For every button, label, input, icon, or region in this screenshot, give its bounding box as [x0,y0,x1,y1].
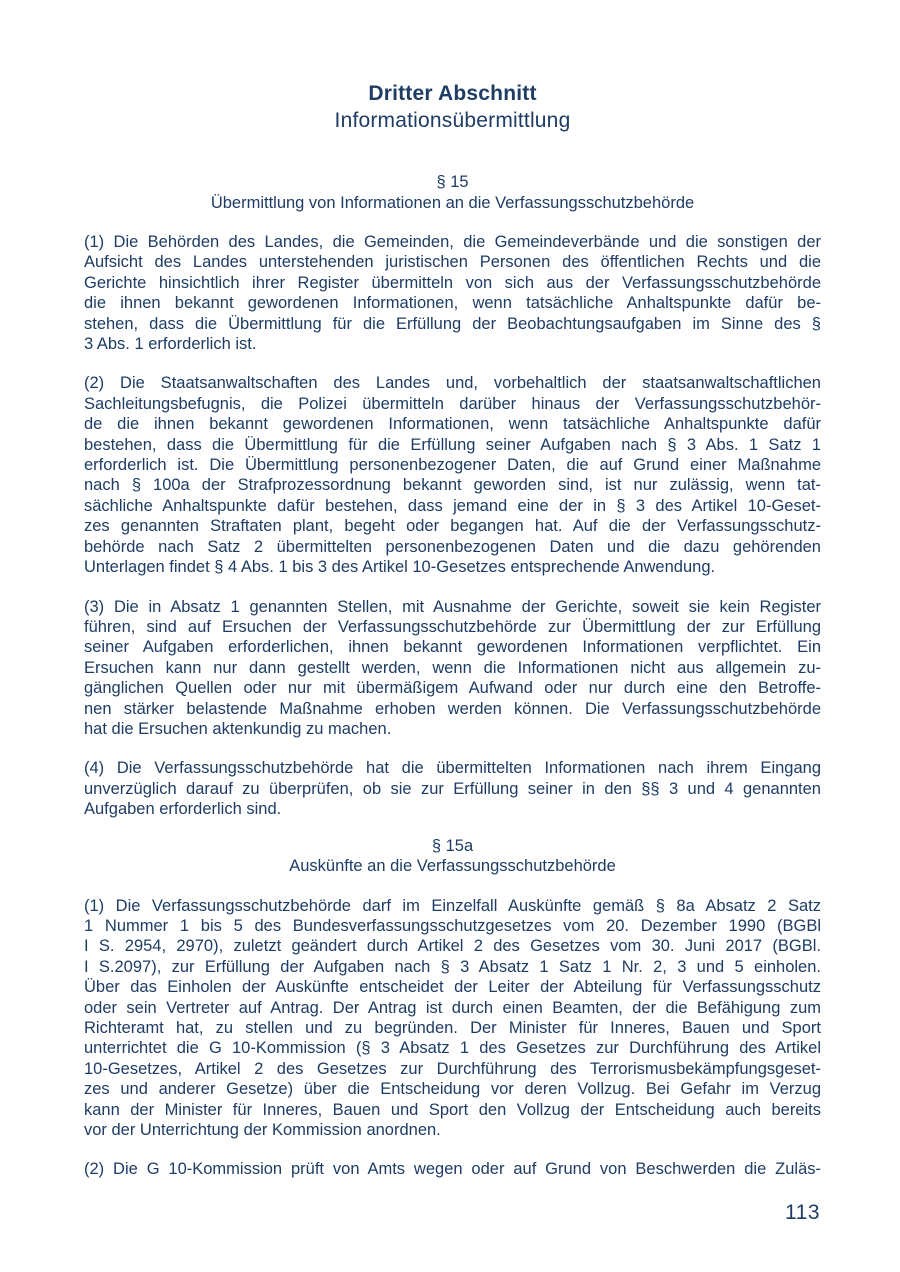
text-line: zes genannten Straftaten plant, begeht o… [84,516,821,536]
text-line: Aufgaben erforderlich sind. [84,799,821,819]
law-paragraph: (2) Die G 10-Kommission prüft von Amts w… [84,1159,821,1179]
text-line: sächliche Anhaltspunkte dafür bestehen, … [84,496,821,516]
text-line: (1) Die Behörden des Landes, die Gemeind… [84,232,821,252]
text-line: (4) Die Verfassungsschutzbehörde hat die… [84,758,821,778]
text-line: (2) Die Staatsanwaltschaften des Landes … [84,373,821,393]
section-number: § 15 [84,172,821,193]
text-line: Aufsicht des Landes unterstehenden juris… [84,252,821,272]
text-line: unterrichtet die G 10-Kommission (§ 3 Ab… [84,1038,821,1058]
text-line: Über das Einholen der Auskünfte entschei… [84,977,821,997]
law-paragraph: (4) Die Verfassungsschutzbehörde hat die… [84,758,821,819]
text-line: I S.2097), zur Erfüllung der Aufgaben na… [84,957,821,977]
section-subtitle: Informationsübermittlung [84,107,821,134]
section-heading: Auskünfte an die Verfassungsschutzbehörd… [84,856,821,877]
text-line: 1 Nummer 1 bis 5 des Bundesverfassungssc… [84,916,821,936]
text-line: (3) Die in Absatz 1 genannten Stellen, m… [84,597,821,617]
text-line: nen stärker belastende Maßnahme erhoben … [84,699,821,719]
law-sections: § 15Übermittlung von Informationen an di… [84,172,821,1180]
text-line: Unterlagen findet § 4 Abs. 1 bis 3 des A… [84,557,821,577]
law-section: § 15Übermittlung von Informationen an di… [84,172,821,820]
text-line: (2) Die G 10-Kommission prüft von Amts w… [84,1159,821,1179]
section-number: § 15a [84,836,821,857]
text-line: zes und anderer Gesetze) über die Entsch… [84,1079,821,1099]
law-paragraph: (3) Die in Absatz 1 genannten Stellen, m… [84,597,821,740]
text-line: (1) Die Verfassungsschutzbehörde darf im… [84,896,821,916]
law-section: § 15aAuskünfte an die Verfassungsschutzb… [84,836,821,1180]
text-line: behörde nach Satz 2 übermittelten person… [84,537,821,557]
law-paragraph: (2) Die Staatsanwaltschaften des Landes … [84,373,821,577]
text-line: seiner Aufgaben erforderlichen, ihnen be… [84,637,821,657]
section-heading: Übermittlung von Informationen an die Ve… [84,193,821,214]
text-line: vor der Unterrichtung der Kommission ano… [84,1120,821,1140]
text-line: Gerichte hinsichtlich ihrer Register übe… [84,273,821,293]
text-line: Sachleitungsbefugnis, die Polizei übermi… [84,394,821,414]
page-number: 113 [785,1199,820,1226]
law-paragraph: (1) Die Verfassungsschutzbehörde darf im… [84,896,821,1141]
text-line: de die ihnen bekannt gewordenen Informat… [84,414,821,434]
text-line: erforderlich ist. Die Übermittlung perso… [84,455,821,475]
law-paragraph: (1) Die Behörden des Landes, die Gemeind… [84,232,821,354]
section-title: Dritter Abschnitt [84,80,821,107]
text-line: 10-Gesetzes, Artikel 2 des Gesetzes zur … [84,1059,821,1079]
text-line: 3 Abs. 1 erforderlich ist. [84,334,821,354]
text-line: gänglichen Quellen oder nur mit übermäßi… [84,678,821,698]
text-line: Richteramt hat, zu stellen und zu begrün… [84,1018,821,1038]
text-line: stehen, dass die Übermittlung für die Er… [84,314,821,334]
text-line: kann der Minister für Inneres, Bauen und… [84,1100,821,1120]
text-line: führen, sind auf Ersuchen der Verfassung… [84,617,821,637]
text-line: nach § 100a der Strafprozessordnung beka… [84,475,821,495]
text-line: bestehen, dass die Übermittlung für die … [84,435,821,455]
text-line: I S. 2954, 2970), zuletzt geändert durch… [84,936,821,956]
text-line: die ihnen bekannt gewordenen Information… [84,293,821,313]
document-page: Dritter Abschnitt Informationsübermittlu… [0,0,900,1272]
text-line: oder sein Vertreter auf Antrag. Der Antr… [84,998,821,1018]
text-line: unverzüglich darauf zu überprüfen, ob si… [84,779,821,799]
text-line: hat die Ersuchen aktenkundig zu machen. [84,719,821,739]
text-line: Ersuchen kann nur dann gestellt werden, … [84,658,821,678]
